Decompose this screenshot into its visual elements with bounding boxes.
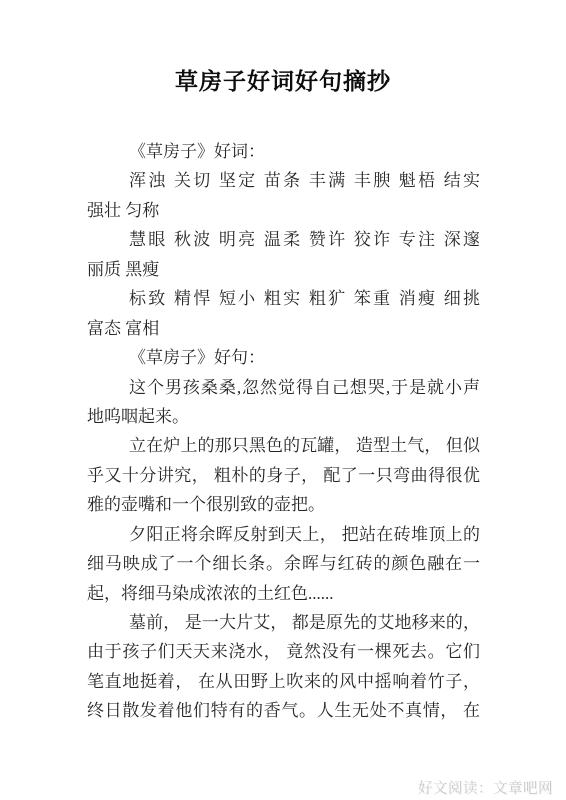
text-line: 强壮 匀称 xyxy=(87,196,480,225)
text-line: 墓前， 是一大片艾， 都是原先的艾地移来的， xyxy=(87,608,480,637)
text-line: 丽质 黑瘦 xyxy=(87,255,480,284)
text-line: 《草房子》好词： xyxy=(87,137,480,166)
text-line: 起，将细马染成浓浓的土红色...... xyxy=(87,579,480,608)
document-body: 《草房子》好词：浑浊 关切 坚定 苗条 丰满 丰腴 魁梧 结实强壮 匀称慧眼 秋… xyxy=(87,137,480,726)
page-title: 草房子好词好句摘抄 xyxy=(0,63,566,96)
text-line: 富态 富相 xyxy=(87,314,480,343)
page-watermark: 好文阅读：文章吧网 xyxy=(418,777,553,798)
text-line: 《草房子》好句： xyxy=(87,343,480,372)
text-line: 立在炉上的那只黑色的瓦罐， 造型土气， 但似 xyxy=(87,431,480,460)
text-line: 细马映成了一个细长条。余晖与红砖的颜色融在一 xyxy=(87,549,480,578)
text-line: 由于孩子们天天来浇水， 竟然没有一棵死去。它们 xyxy=(87,637,480,666)
text-line: 地呜咽起来。 xyxy=(87,402,480,431)
text-line: 这个男孩桑桑,忽然觉得自己想哭,于是就小声 xyxy=(87,373,480,402)
text-line: 雅的壶嘴和一个很别致的壶把。 xyxy=(87,490,480,519)
text-line: 慧眼 秋波 明亮 温柔 赞许 狡诈 专注 深邃 xyxy=(87,225,480,254)
text-line: 乎又十分讲究， 粗朴的身子， 配了一只弯曲得很优 xyxy=(87,461,480,490)
text-line: 标致 精悍 短小 粗实 粗犷 笨重 消瘦 细挑 xyxy=(87,284,480,313)
text-line: 夕阳正将余晖反射到天上， 把站在砖堆顶上的 xyxy=(87,520,480,549)
text-line: 笔直地挺着， 在从田野上吹来的风中摇响着竹子， xyxy=(87,667,480,696)
text-line: 浑浊 关切 坚定 苗条 丰满 丰腴 魁梧 结实 xyxy=(87,166,480,195)
document-page: 草房子好词好句摘抄 《草房子》好词：浑浊 关切 坚定 苗条 丰满 丰腴 魁梧 结… xyxy=(0,0,566,800)
text-line: 终日散发着他们特有的香气。人生无处不真情， 在 xyxy=(87,696,480,725)
